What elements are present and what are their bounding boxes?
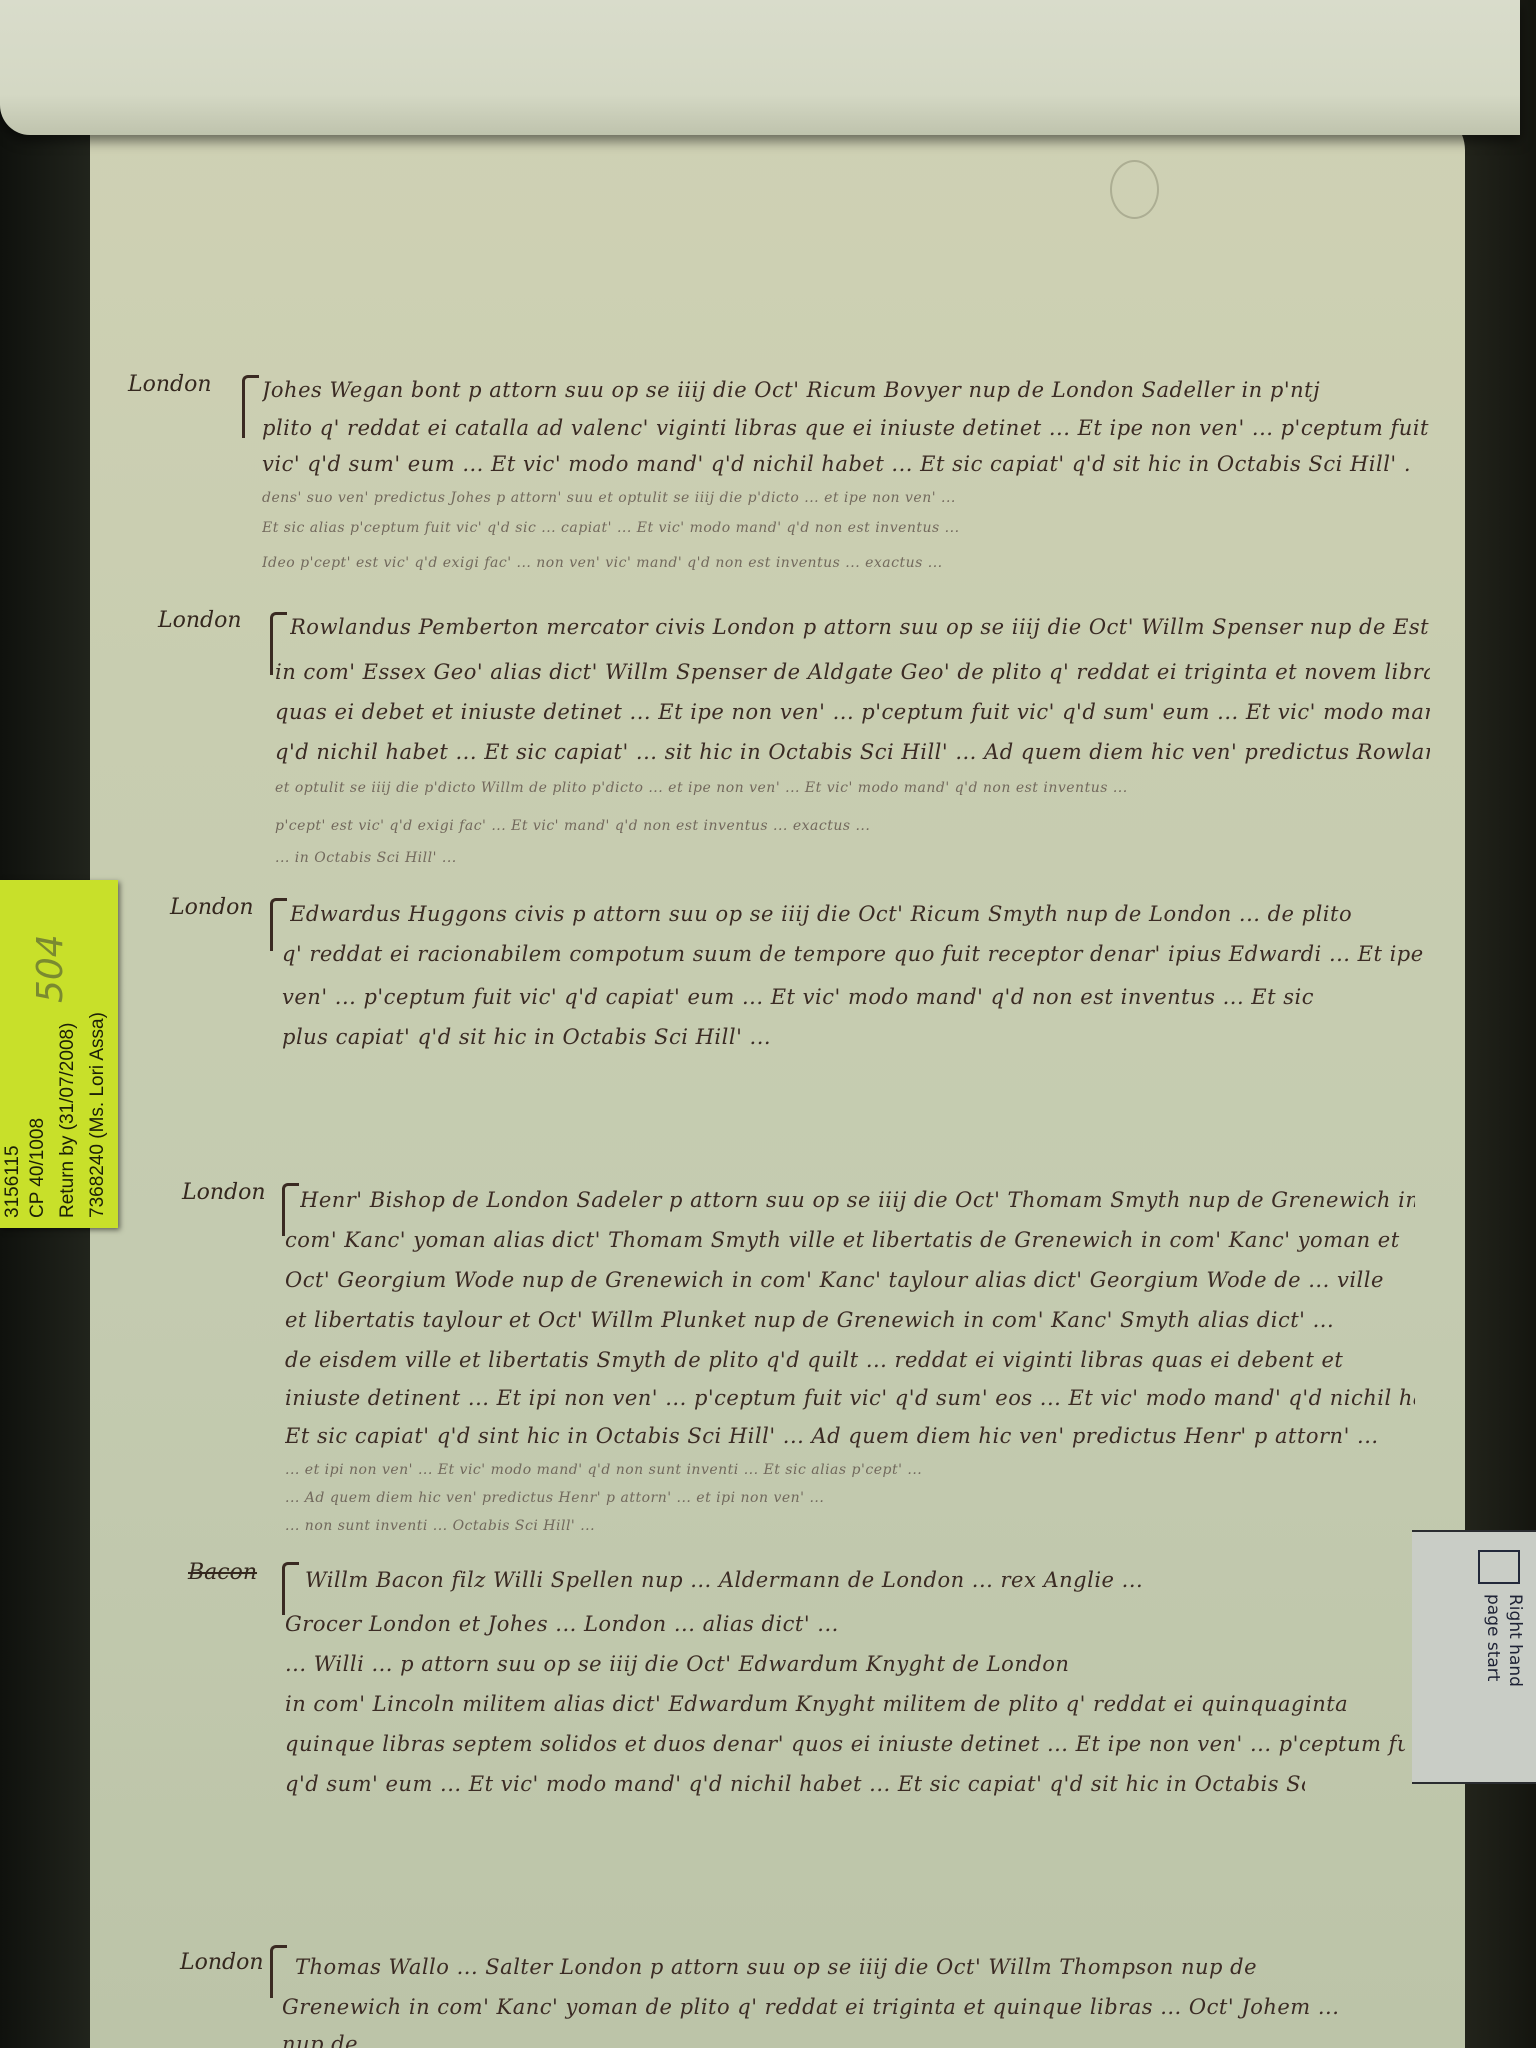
entry-line-interlinear: p'cept' est vic' q'd exigi fac' ... Et v… <box>275 818 1435 834</box>
label-line-reader: 7368240 (Ms. Lori Assa) <box>87 1012 109 1218</box>
paraph-mark <box>242 375 259 438</box>
entry-line: quas ei debet et iniuste detinet ... Et … <box>275 700 1430 724</box>
entry-line: com' Kanc' yoman alias dict' Thomam Smyt… <box>285 1228 1415 1252</box>
paraph-mark <box>282 1562 299 1615</box>
entry-line: q' reddat ei racionabilem compotum suum … <box>282 942 1432 966</box>
label-line-1: 3156115 <box>2 1145 24 1218</box>
entry-line: plus capiat' q'd sit hic in Octabis Sci … <box>282 1025 822 1049</box>
entry-line: Oct' Georgium Wode nup de Grenewich in c… <box>285 1268 1415 1292</box>
entry-line-interlinear: ... non sunt inventi ... Octabis Sci Hil… <box>285 1518 1185 1534</box>
entry-line-interlinear: Ideo p'cept' est vic' q'd exigi fac' ...… <box>262 555 1442 571</box>
entry-line: plito q' reddat ei catalla ad valenc' vi… <box>262 416 1437 440</box>
entry-line: q'd sum' eum ... Et vic' modo mand' q'd … <box>285 1772 1305 1796</box>
entry-line: Johes Wegan bont p attorn suu op se iiij… <box>262 378 1437 402</box>
entry-line: Grenewich in com' Kanc' yoman de plito q… <box>282 1995 1422 2019</box>
page-marker-slip: Right hand page start <box>1412 1530 1536 1784</box>
entry-line: quinque libras septem solidos et duos de… <box>285 1732 1405 1756</box>
entry-line: q'd nichil habet ... Et sic capiat' ... … <box>275 740 1430 764</box>
entry-line-interlinear: ... et ipi non ven' ... Et vic' modo man… <box>285 1462 1415 1478</box>
entry-margin-label: London <box>128 372 212 397</box>
handwritten-number: 504 <box>30 934 71 1003</box>
entry-line: Edwardus Huggons civis p attorn suu op s… <box>290 902 1430 926</box>
entry-margin-label: London <box>182 1180 266 1205</box>
entry-line-interlinear: et optulit se iiij die p'dicto Willm de … <box>275 780 1435 796</box>
entry-margin-label: London <box>158 608 242 633</box>
entry-line: Rowlandus Pemberton mercator civis Londo… <box>290 615 1430 639</box>
paraph-mark <box>270 1945 287 1998</box>
folded-membrane-top <box>0 0 1520 135</box>
entry-line: Et sic capiat' q'd sint hic in Octabis S… <box>285 1424 1415 1448</box>
entry-line: Willm Bacon filz Willi Spellen nup ... A… <box>305 1568 1405 1592</box>
entry-line: Henr' Bishop de London Sadeler p attorn … <box>300 1188 1415 1212</box>
entry-line: vic' q'd sum' eum ... Et vic' modo mand'… <box>262 452 1412 476</box>
label-line-reference: CP 40/1008 <box>27 1118 49 1218</box>
entry-line-interlinear: ... Ad quem diem hic ven' predictus Henr… <box>285 1490 1415 1506</box>
slip-label: Right hand page start <box>1482 1594 1526 1687</box>
entry-line: ven' ... p'ceptum fuit vic' q'd capiat' … <box>282 985 1432 1009</box>
archive-reference-label: 3156115 CP 40/1008 Return by (31/07/2008… <box>0 880 118 1228</box>
entry-line: iniuste detinent ... Et ipi non ven' ...… <box>285 1386 1415 1410</box>
label-line-return-date: Return by (31/07/2008) <box>57 1023 79 1218</box>
entry-line: et libertatis taylour et Oct' Willm Plun… <box>285 1308 1415 1332</box>
entry-margin-label: Bacon <box>188 1560 257 1585</box>
entry-margin-label: London <box>180 1950 264 1975</box>
entry-line: nup de ... <box>282 2032 682 2048</box>
entry-line-interlinear: Et sic alias p'ceptum fuit vic' q'd sic … <box>262 520 1442 536</box>
parchment-repair-mark <box>1110 160 1159 219</box>
entry-line: de eisdem ville et libertatis Smyth de p… <box>285 1348 1415 1372</box>
entry-line: in com' Lincoln militem alias dict' Edwa… <box>285 1692 1405 1716</box>
entry-line-interlinear: ... in Octabis Sci Hill' ... <box>275 850 575 866</box>
entry-margin-label: London <box>170 895 254 920</box>
entry-line: in com' Essex Geo' alias dict' Willm Spe… <box>275 660 1430 684</box>
right-hand-page-checkbox[interactable] <box>1478 1550 1520 1584</box>
entry-line: Grocer London et Johes ... London ... al… <box>285 1612 1405 1636</box>
entry-line-interlinear: dens' suo ven' predictus Johes p attorn'… <box>262 490 1442 506</box>
entry-line: Thomas Wallo ... Salter London p attorn … <box>295 1955 1425 1979</box>
entry-line: ... Willi ... p attorn suu op se iiij di… <box>285 1652 1405 1676</box>
